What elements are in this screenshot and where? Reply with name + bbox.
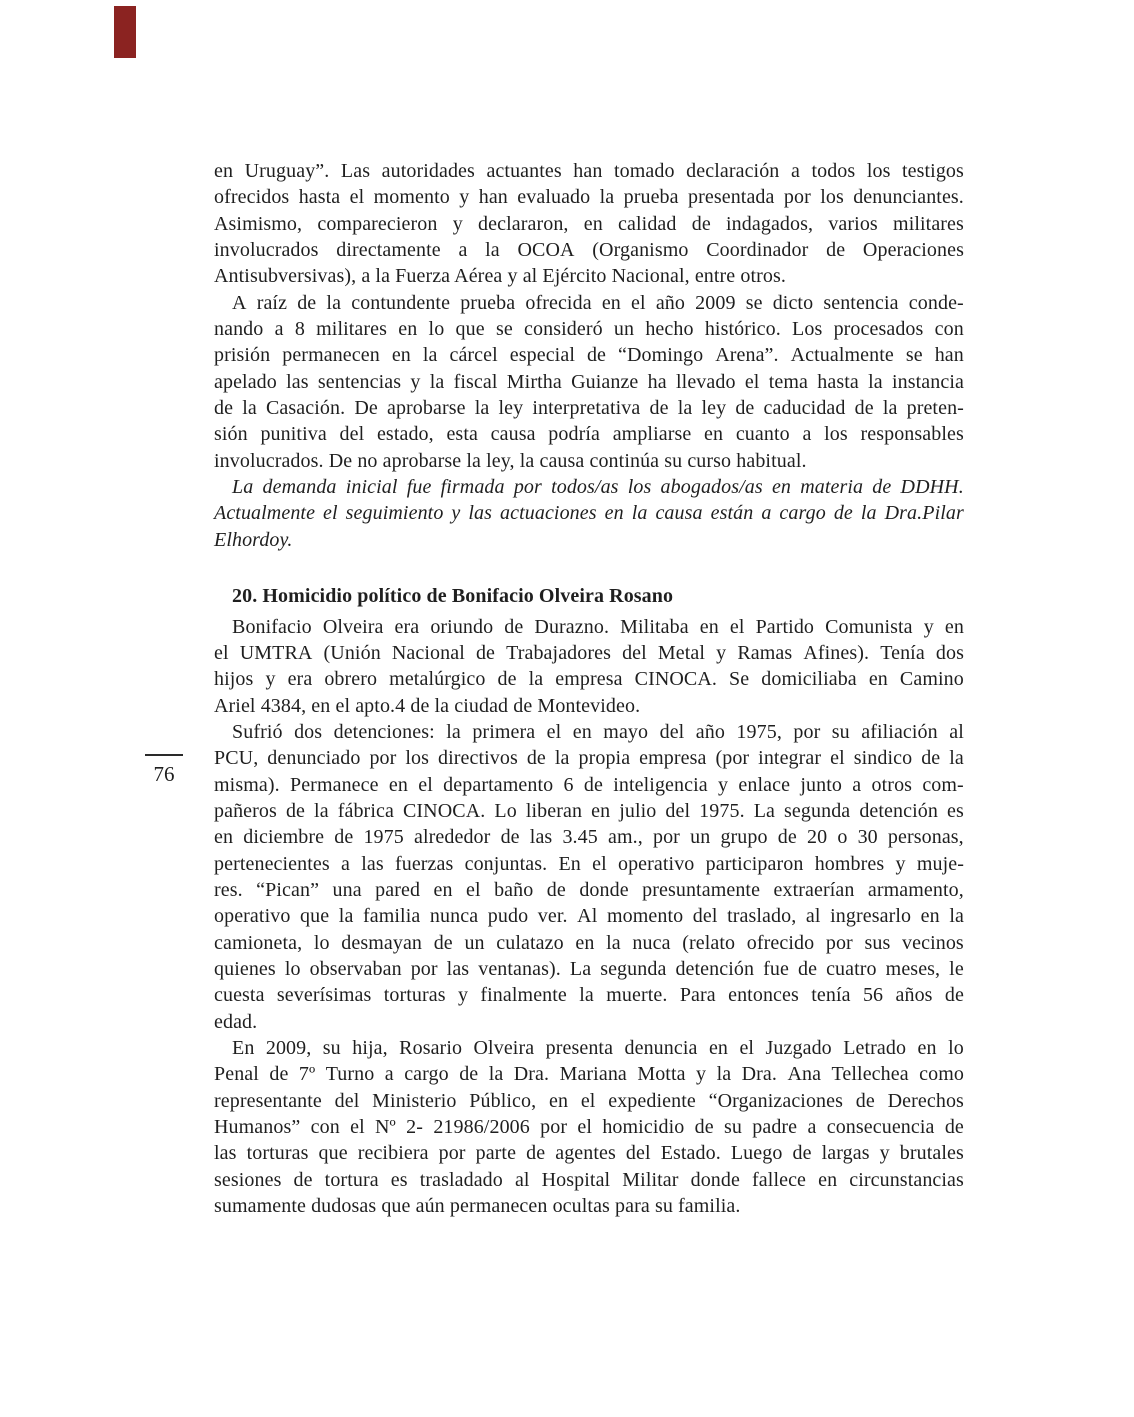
text-line: Sufriódosdetenciones:laprimeraelenmayode… [214, 719, 964, 745]
paragraph: Araízdelacontundentepruebaofrecidaenelañ… [214, 290, 964, 474]
text-line: enUruguay”.Lasautoridadesactuanteshantom… [214, 158, 964, 184]
page-marker: 76 [144, 754, 184, 785]
text-line: operativoquelafamilianuncapudover.Almome… [214, 903, 964, 929]
text-line: PCU,denunciadoporlosdirectivosdelapropia… [214, 745, 964, 771]
text-line: elUMTRA(UniónNacionaldeTrabajadoresdelMe… [214, 640, 964, 666]
text-line: Humanos”conelNº2-21986/2006porelhomicidi… [214, 1114, 964, 1140]
paragraph-italic: Lademandainicialfuefirmadaportodos/aslos… [214, 474, 964, 553]
text-line: Penalde7ºTurnoacargodelaDra.MarianaMotta… [214, 1061, 964, 1087]
document-page: enUruguay”.Lasautoridadesactuanteshantom… [0, 0, 1134, 1417]
text-line: Elhordoy. [214, 527, 964, 553]
text-line: prisiónpermanecenenlacárcelespecialde“Do… [214, 342, 964, 368]
text-line: sesionesdetorturaestrasladadoalHospitalM… [214, 1167, 964, 1193]
text-line: hijosyeraobrerometalúrgicodelaempresaCIN… [214, 666, 964, 692]
text-line: nandoa8militaresenloqueseconsideróunhech… [214, 316, 964, 342]
text-line: siónpunitivadelestado,estacausapodríaamp… [214, 421, 964, 447]
page-number: 76 [144, 763, 184, 785]
text-line: endiciembrede1975alrededordelas3.45am.,p… [214, 824, 964, 850]
text-line: Antisubversivas), a la Fuerza Aérea y al… [214, 263, 964, 289]
text-line: ofrecidoshastaelmomentoyhanevaluadolapru… [214, 184, 964, 210]
text-line: sumamente dudosas que aún permanecen ocu… [214, 1193, 964, 1219]
text-line: Asimismo,comparecieronydeclararon,encali… [214, 211, 964, 237]
text-line: misma).Permaneceeneldepartamento6deintel… [214, 772, 964, 798]
text-line: cuestaseverísimastorturasyfinalmentelamu… [214, 982, 964, 1008]
text-line: quienesloobservabanporlasventanas).Laseg… [214, 956, 964, 982]
text-line: pertenecientesalasfuerzasconjuntas.Enelo… [214, 851, 964, 877]
text-line: En2009,suhija,RosarioOlveirapresentadenu… [214, 1035, 964, 1061]
page-number-rule [145, 754, 183, 756]
text-line: apeladolassentenciasylafiscalMirthaGuian… [214, 369, 964, 395]
text-line: Ariel 4384, en el apto.4 de la ciudad de… [214, 693, 964, 719]
text-line: edad. [214, 1009, 964, 1035]
section-heading: 20. Homicidio político de Bonifacio Olve… [214, 583, 964, 609]
text-line: Araízdelacontundentepruebaofrecidaenelañ… [214, 290, 964, 316]
paragraph: En2009,suhija,RosarioOlveirapresentadenu… [214, 1035, 964, 1219]
text-line: Lademandainicialfuefirmadaportodos/aslos… [214, 474, 964, 500]
paragraph: BonifacioOlveiraeraoriundodeDurazno.Mili… [214, 614, 964, 719]
text-line: delaCasación.Deaprobarselaleyinterpretat… [214, 395, 964, 421]
page-edge-mark [114, 6, 136, 58]
text-line: lastorturasquerecibieraporpartedeagentes… [214, 1140, 964, 1166]
text-line: involucrados. De no aprobarse la ley, la… [214, 448, 964, 474]
text-block: enUruguay”.Lasautoridadesactuanteshantom… [214, 158, 964, 1219]
text-line: involucradosdirectamentealaOCOA(Organism… [214, 237, 964, 263]
paragraph: Sufriódosdetenciones:laprimeraelenmayode… [214, 719, 964, 1035]
text-line: BonifacioOlveiraeraoriundodeDurazno.Mili… [214, 614, 964, 640]
text-line: camioneta,lodesmayandeunculatazoenlanuca… [214, 930, 964, 956]
text-line: pañerosdelafábricaCINOCA.Loliberanenjuli… [214, 798, 964, 824]
text-line: Actualmenteelseguimientoylasactuacionese… [214, 500, 964, 526]
text-line: representantedelMinisterioPúblico,enelex… [214, 1088, 964, 1114]
paragraph: enUruguay”.Lasautoridadesactuanteshantom… [214, 158, 964, 290]
text-line: res.“Pican”unaparedenelbañodedondepresun… [214, 877, 964, 903]
